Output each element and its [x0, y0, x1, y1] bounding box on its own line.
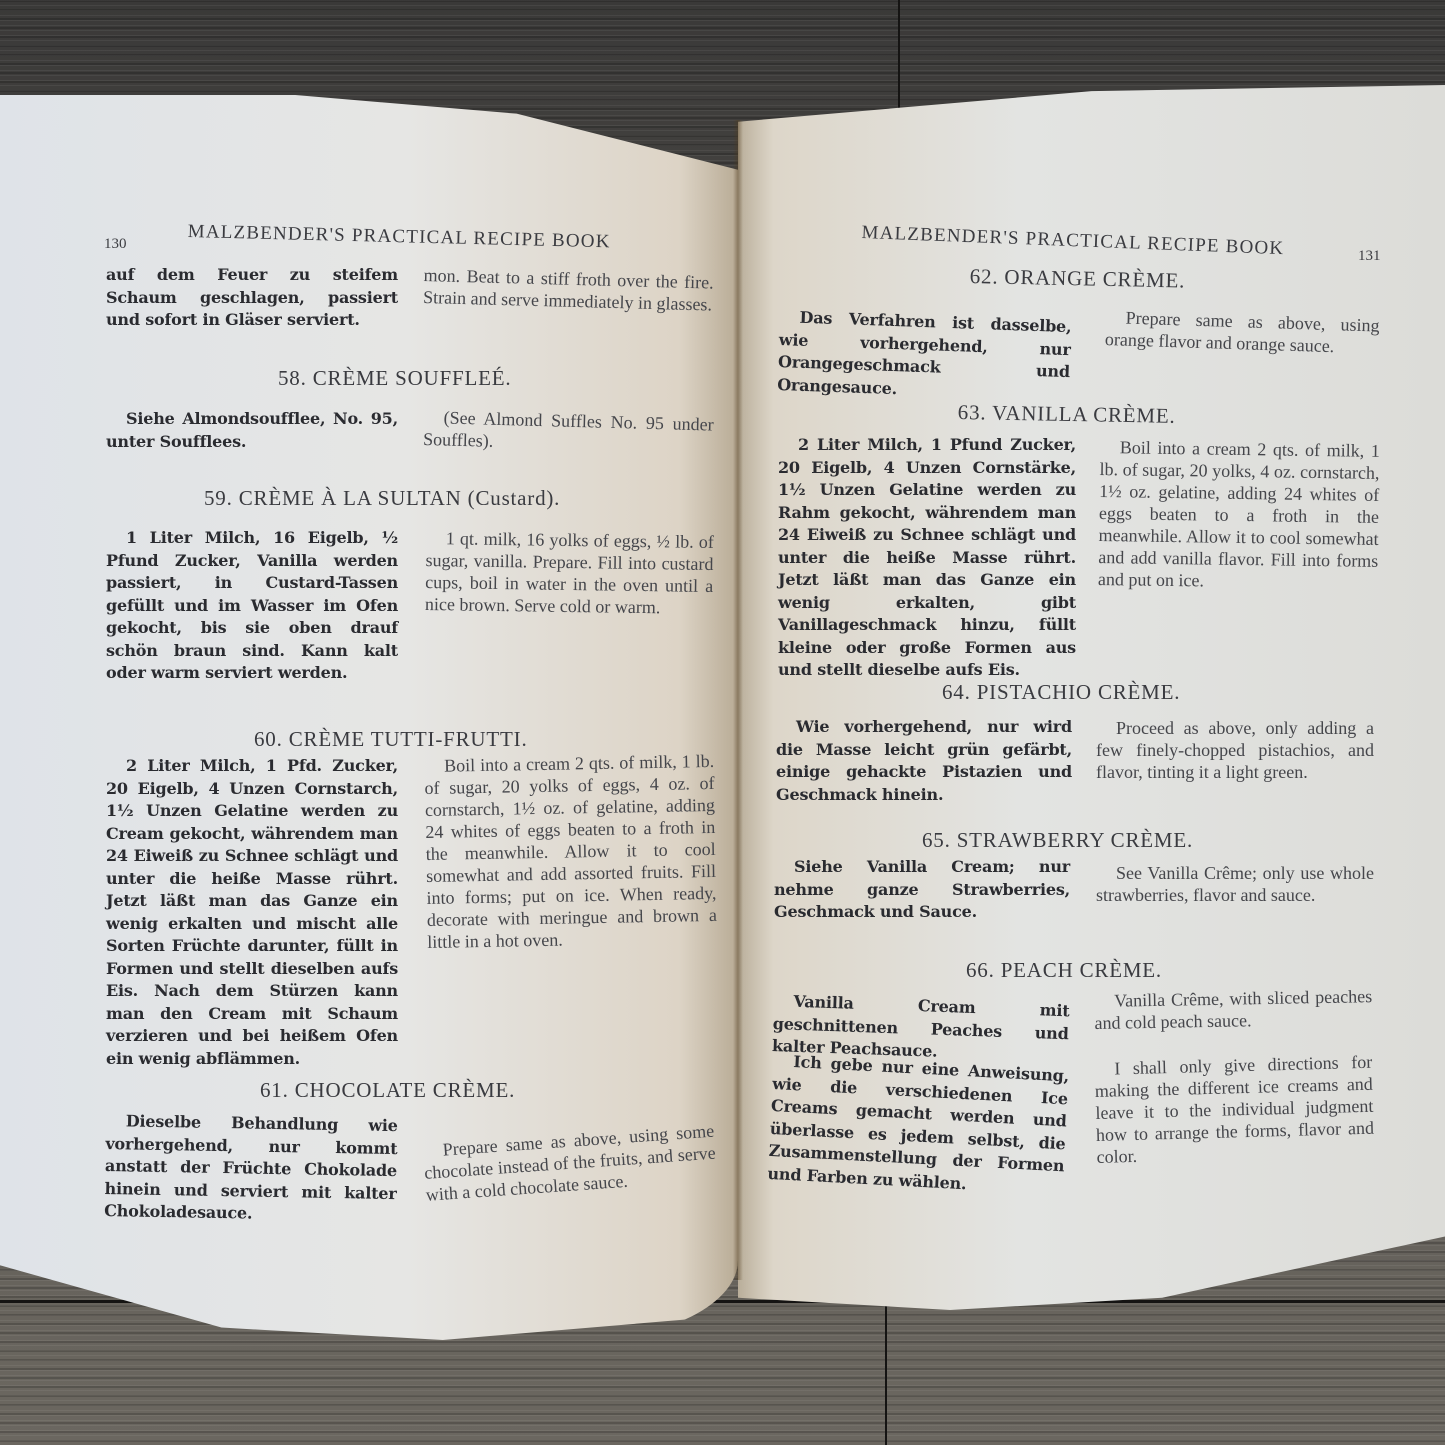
entry-64-german: Wie vorhergehend, nur wird die Masse lei… — [776, 716, 1072, 806]
entry-59-english: 1 qt. milk, 16 yolks of eggs, ½ lb. of s… — [425, 527, 714, 619]
closing-note-english: I shall only give directions for making … — [1094, 1051, 1375, 1168]
entry-61-german-text: Dieselbe Behandlung wie vorhergehend, nu… — [104, 1110, 398, 1228]
entry-63-german: 2 Liter Milch, 1 Pfund Zucker, 20 Eigelb… — [778, 434, 1076, 682]
wood-plank-seam — [898, 0, 900, 110]
entry-60-german: 2 Liter Milch, 1 Pfd. Zucker, 20 Eigelb,… — [106, 755, 398, 1070]
entry-59-german-text: 1 Liter Milch, 16 Eigelb, ½ Pfund Zucker… — [106, 527, 398, 685]
continuation-german: auf dem Feuer zu steifem Schaum geschlag… — [106, 264, 398, 332]
closing-note-german-text: Ich gebe nur eine Anweisung, wie die ver… — [767, 1050, 1070, 1200]
entry-63-english-text: Boil into a cream 2 qts. of milk, 1 lb. … — [1098, 436, 1380, 594]
entry-60-english-text: Boil into a cream 2 qts. of milk, 1 lb. … — [424, 750, 717, 953]
entry-63-german-text: 2 Liter Milch, 1 Pfund Zucker, 20 Eigelb… — [778, 434, 1076, 682]
entry-title-60: 60. CRÈME TUTTI-FRUTTI. — [254, 727, 528, 752]
entry-title-64: 64. PISTACHIO CRÈME. — [942, 680, 1180, 705]
entry-title-61: 61. CHOCOLATE CRÈME. — [260, 1078, 515, 1103]
entry-65-german: Siehe Vanilla Cream; nur nehme ganze Str… — [774, 856, 1070, 924]
entry-66-english: Vanilla Crême, with sliced peaches and c… — [1094, 985, 1373, 1034]
entry-63-english: Boil into a cream 2 qts. of milk, 1 lb. … — [1098, 436, 1380, 594]
entry-64-german-text: Wie vorhergehend, nur wird die Masse lei… — [776, 716, 1072, 806]
entry-62-english-text: Prepare same as above, using orange flav… — [1105, 306, 1380, 359]
entry-title-58: 58. CRÈME SOUFFLEÉ. — [278, 366, 511, 391]
entry-62-english: Prepare same as above, using orange flav… — [1105, 306, 1380, 359]
right-page-number: 131 — [1358, 248, 1381, 265]
closing-note-english-text: I shall only give directions for making … — [1094, 1051, 1375, 1168]
entry-58-english-text: (See Almond Suffles No. 95 under Souffle… — [423, 406, 714, 458]
entry-59-german: 1 Liter Milch, 16 Eigelb, ½ Pfund Zucker… — [106, 527, 398, 685]
entry-66-english-text: Vanilla Crême, with sliced peaches and c… — [1094, 985, 1373, 1034]
continuation-english: mon. Beat to a stiff froth over the fire… — [423, 264, 714, 316]
entry-65-english: See Vanilla Crême; only use whole strawb… — [1096, 862, 1374, 906]
wood-plank-seam — [885, 1300, 887, 1445]
left-page-number: 130 — [104, 236, 127, 253]
entry-title-59: 59. CRÈME À LA SULTAN (Custard). — [204, 486, 560, 511]
entry-62-german: Das Verfahren ist dasselbe, wie vorherge… — [777, 306, 1072, 406]
entry-62-german-text: Das Verfahren ist dasselbe, wie vorherge… — [777, 306, 1072, 406]
entry-58-german-text: Siehe Almondsoufflee, No. 95, unter Souf… — [106, 408, 398, 453]
entry-58-german: Siehe Almondsoufflee, No. 95, unter Souf… — [106, 408, 398, 453]
book-gutter — [733, 120, 743, 1280]
closing-note-german: Ich gebe nur eine Anweisung, wie die ver… — [767, 1050, 1070, 1200]
entry-65-english-text: See Vanilla Crême; only use whole strawb… — [1096, 862, 1374, 906]
entry-61-german: Dieselbe Behandlung wie vorhergehend, nu… — [104, 1110, 398, 1228]
entry-title-63: 63. VANILLA CRÈME. — [958, 400, 1176, 429]
entry-64-english: Proceed as above, only adding a few fine… — [1096, 717, 1374, 783]
entry-60-german-text: 2 Liter Milch, 1 Pfd. Zucker, 20 Eigelb,… — [106, 755, 398, 1070]
entry-title-62: 62. ORANGE CRÈME. — [969, 264, 1185, 294]
entry-60-english: Boil into a cream 2 qts. of milk, 1 lb. … — [424, 750, 717, 953]
entry-64-english-text: Proceed as above, only adding a few fine… — [1096, 717, 1374, 783]
entry-65-german-text: Siehe Vanilla Cream; nur nehme ganze Str… — [774, 856, 1070, 924]
entry-58-english: (See Almond Suffles No. 95 under Souffle… — [423, 406, 714, 458]
entry-59-english-text: 1 qt. milk, 16 yolks of eggs, ½ lb. of s… — [425, 527, 714, 619]
entry-title-66: 66. PEACH CRÈME. — [966, 958, 1162, 983]
entry-title-65: 65. STRAWBERRY CRÈME. — [922, 828, 1193, 853]
